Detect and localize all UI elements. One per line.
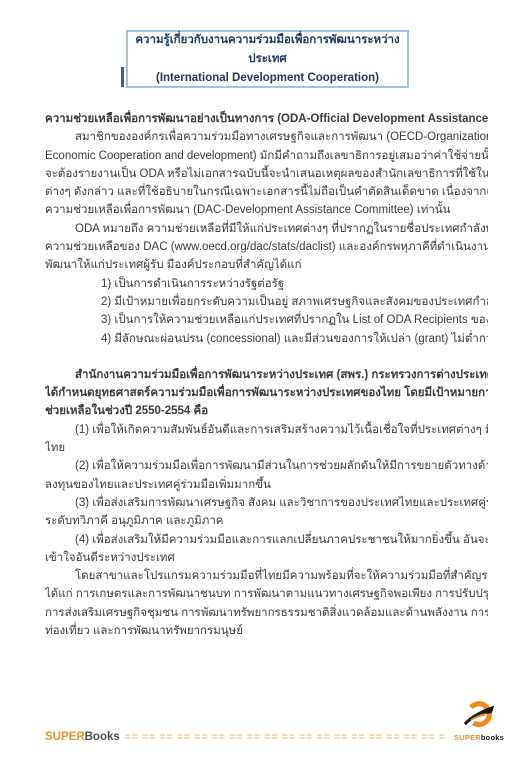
text-line: 2) มีเป้าหมายเพื่อยกระดับความเป็นอยู่ สภ… xyxy=(45,293,488,311)
superbooks-logo-icon xyxy=(462,700,496,732)
superbooks-logo: SUPERbooks xyxy=(450,700,508,742)
logo-text-books: books xyxy=(481,733,504,742)
text-line: (1) เพื่อให้เกิดความสัมพันธ์อันดีและการเ… xyxy=(45,421,488,439)
text-line: ท่องเที่ยว และการพัฒนาทรัพยากรมนุษย์ xyxy=(45,622,488,640)
text-line: Economic Cooperation and development) มั… xyxy=(45,147,488,165)
superbooks-logo-text: SUPERbooks xyxy=(450,733,508,742)
text-line: ความช่วยเหลือของ DAC (www.oecd.org/dac/s… xyxy=(45,238,488,256)
text-line: เข้าใจอันดีระหว่างประเทศ xyxy=(45,549,488,567)
text-line: โดยสาขาและโปรแกรมความร่วมมือที่ไทยมีความ… xyxy=(45,567,488,585)
text-line: สมาชิกขององค์กรเพื่อความร่วมมือทางเศรษฐก… xyxy=(45,128,488,146)
footer-brand: SUPERBooks xyxy=(45,731,120,743)
text-line: (3) เพื่อส่งเสริมการพัฒนาเศรษฐกิจ สังคม … xyxy=(45,494,488,512)
text-line: พัฒนาให้แก่ประเทศผู้รับ มีองค์ประกอบที่ส… xyxy=(45,256,488,274)
text-line: ได้กำหนดยุทธศาสตร์ความร่วมมือเพื่อการพัฒ… xyxy=(45,384,488,402)
page-footer: SUPERBooks == == == == == == == == == ==… xyxy=(45,731,445,743)
text-line: ไทย xyxy=(45,439,488,457)
text-line: ODA หมายถึง ความช่วยเหลือที่มีให้แก่ประเ… xyxy=(45,220,488,238)
text-line: การส่งเสริมเศรษฐกิจชุมชน การพัฒนาทรัพยาก… xyxy=(45,604,488,622)
text-line: สำนักงานความร่วมมือเพื่อการพัฒนาระหว่างป… xyxy=(45,366,488,384)
text-line: (4) เพื่อส่งเสริมให้มีความร่วมมือและการแ… xyxy=(45,531,488,549)
text-line: ระดับทวิภาคี อนุภูมิภาค และภูมิภาค xyxy=(45,512,488,530)
text-line: ความช่วยเหลือเพื่อการพัฒนา (DAC-Developm… xyxy=(45,201,488,219)
footer-brand-books: Books xyxy=(85,731,120,743)
title-box: ความรู้เกี่ยวกับงานความร่วมมือเพื่อการพั… xyxy=(126,30,409,88)
text-line: ได้แก่ การเกษตรและการพัฒนาชนบท การพัฒนาต… xyxy=(45,585,488,603)
document-page: ความรู้เกี่ยวกับงานความร่วมมือเพื่อการพั… xyxy=(0,0,525,772)
text-cursor-bar xyxy=(121,67,124,87)
text-line: (2) เพื่อให้ความร่วมมือเพื่อการพัฒนามีส่… xyxy=(45,457,488,475)
logo-text-super: SUPER xyxy=(454,733,481,742)
text-line: 1) เป็นการดำเนินการระหว่างรัฐต่อรัฐ xyxy=(45,275,488,293)
text-line: 4) มีลักษณะผ่อนปรน (concessional) และมีส… xyxy=(45,330,488,348)
document-title-thai: ความรู้เกี่ยวกับงานความร่วมมือเพื่อการพั… xyxy=(128,31,407,69)
text-line: ลงทุนของไทยและประเทศคู่ร่วมมือเพิ่มมากขึ… xyxy=(45,476,488,494)
text-line: 3) เป็นการให้ความช่วยเหลือแก่ประเทศที่ปร… xyxy=(45,311,488,329)
footer-brand-super: SUPER xyxy=(45,731,85,743)
footer-separator: == == == == == == == == == == == == == =… xyxy=(125,732,445,743)
text-line: ช่วยเหลือในช่วงปี 2550-2554 คือ xyxy=(45,402,488,420)
document-title-english: (International Development Cooperation) xyxy=(128,69,407,88)
text-line: ความช่วยเหลือเพื่อการพัฒนาอย่างเป็นทางกา… xyxy=(45,110,488,128)
text-line: จะต้องรายงานเป็น ODA หรือไม่เอกสารฉบับนี… xyxy=(45,165,488,183)
text-line: ต่างๆ ดังกล่าว และที่ใช้อธิบายในกรณีเฉพา… xyxy=(45,183,488,201)
document-body: ความช่วยเหลือเพื่อการพัฒนาอย่างเป็นทางกา… xyxy=(45,110,488,640)
